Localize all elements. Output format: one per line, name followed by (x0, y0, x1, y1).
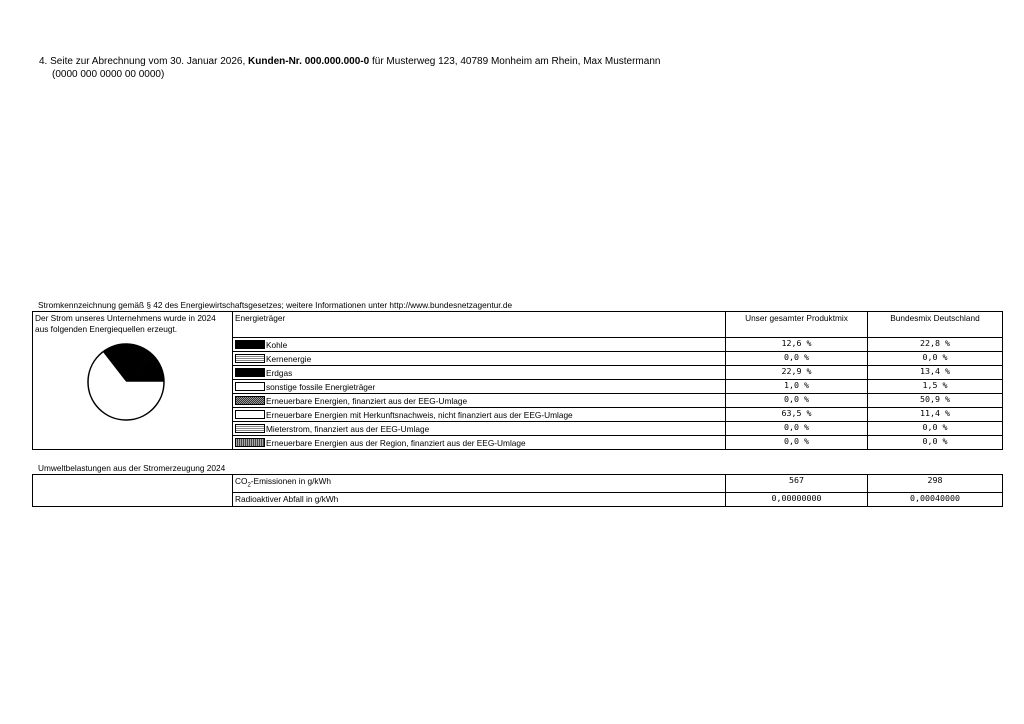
energy-source-label: Kohle (266, 340, 287, 350)
energy-source-label: Erneuerbare Energien mit Herkunftsnachwe… (266, 410, 573, 420)
col-header-source: Energieträger (233, 312, 726, 338)
table-header-row: Der Strom unseres Unternehmens wurde in … (33, 312, 1003, 338)
product-mix-value: 0,0 % (726, 422, 868, 436)
federal-mix-value: 11,4 % (868, 408, 1003, 422)
energy-source-label: sonstige fossile Energieträger (266, 382, 375, 392)
legend-swatch-icon (235, 424, 265, 433)
federal-mix-value: 0,0 % (868, 352, 1003, 366)
header-suffix: für Musterweg 123, 40789 Monheim am Rhei… (369, 56, 660, 67)
federal-mix-value: 13,4 % (868, 366, 1003, 380)
energy-source-label: Erdgas (266, 368, 292, 378)
product-mix-value: 0,0 % (726, 352, 868, 366)
meter-number: (0000 000 0000 00 0000) (52, 69, 164, 81)
legend-swatch-icon (235, 368, 265, 377)
table-row: CO2-Emissionen in g/kWh567298 (33, 475, 1003, 493)
federal-mix-value: 22,8 % (868, 338, 1003, 352)
federal-mix-value: 50,9 % (868, 394, 1003, 408)
energy-source-cell: Erdgas (233, 366, 726, 380)
col-header-product: Unser gesamter Produktmix (726, 312, 868, 338)
legend-swatch-icon (235, 382, 265, 391)
energy-source-cell: Erneuerbare Energien, finanziert aus der… (233, 394, 726, 408)
federal-mix-value: 1,5 % (868, 380, 1003, 394)
energy-source-label: Erneuerbare Energien aus der Region, fin… (266, 438, 526, 448)
empty-cell (33, 475, 233, 507)
product-mix-value: 0,0 % (726, 436, 868, 450)
federal-mix-value: 0,0 % (868, 436, 1003, 450)
product-value: 567 (726, 475, 868, 493)
federal-mix-value: 0,0 % (868, 422, 1003, 436)
environment-label: Radioaktiver Abfall in g/kWh (233, 492, 726, 506)
intro-text: Der Strom unseres Unternehmens wurde in … (35, 313, 216, 334)
federal-value: 0,00040000 (868, 492, 1003, 506)
energy-source-cell: Erneuerbare Energien aus der Region, fin… (233, 436, 726, 450)
product-mix-value: 63,5 % (726, 408, 868, 422)
product-value: 0,00000000 (726, 492, 868, 506)
invoice-header: 4. Seite zur Abrechnung vom 30. Januar 2… (39, 56, 660, 68)
legend-swatch-icon (235, 354, 265, 363)
energy-pie-chart (32, 337, 232, 449)
environment-label: CO2-Emissionen in g/kWh (233, 475, 726, 493)
energy-source-label: Kernenergie (266, 354, 311, 364)
energy-source-cell: Kernenergie (233, 352, 726, 366)
product-mix-value: 22,9 % (726, 366, 868, 380)
energy-source-cell: Erneuerbare Energien mit Herkunftsnachwe… (233, 408, 726, 422)
legend-swatch-icon (235, 396, 265, 405)
environment-table: CO2-Emissionen in g/kWh567298Radioaktive… (32, 474, 1003, 507)
product-mix-value: 0,0 % (726, 394, 868, 408)
federal-value: 298 (868, 475, 1003, 493)
col-header-federal: Bundesmix Deutschland (868, 312, 1003, 338)
energy-source-label: Mieterstrom, finanziert aus der EEG-Umla… (266, 424, 429, 434)
product-mix-value: 12,6 % (726, 338, 868, 352)
customer-number: Kunden-Nr. 000.000.000-0 (248, 56, 369, 67)
header-prefix: 4. Seite zur Abrechnung vom 30. Januar 2… (39, 56, 248, 67)
energy-source-cell: sonstige fossile Energieträger (233, 380, 726, 394)
energy-source-label: Erneuerbare Energien, finanziert aus der… (266, 396, 467, 406)
legend-swatch-icon (235, 340, 265, 349)
legend-swatch-icon (235, 438, 265, 447)
energy-source-cell: Mieterstrom, finanziert aus der EEG-Umla… (233, 422, 726, 436)
umwelt-title: Umweltbelastungen aus der Stromerzeugung… (38, 463, 225, 473)
legend-swatch-icon (235, 410, 265, 419)
product-mix-value: 1,0 % (726, 380, 868, 394)
energy-source-cell: Kohle (233, 338, 726, 352)
stromkennzeichnung-title: Stromkennzeichnung gemäß § 42 des Energi… (38, 300, 512, 310)
